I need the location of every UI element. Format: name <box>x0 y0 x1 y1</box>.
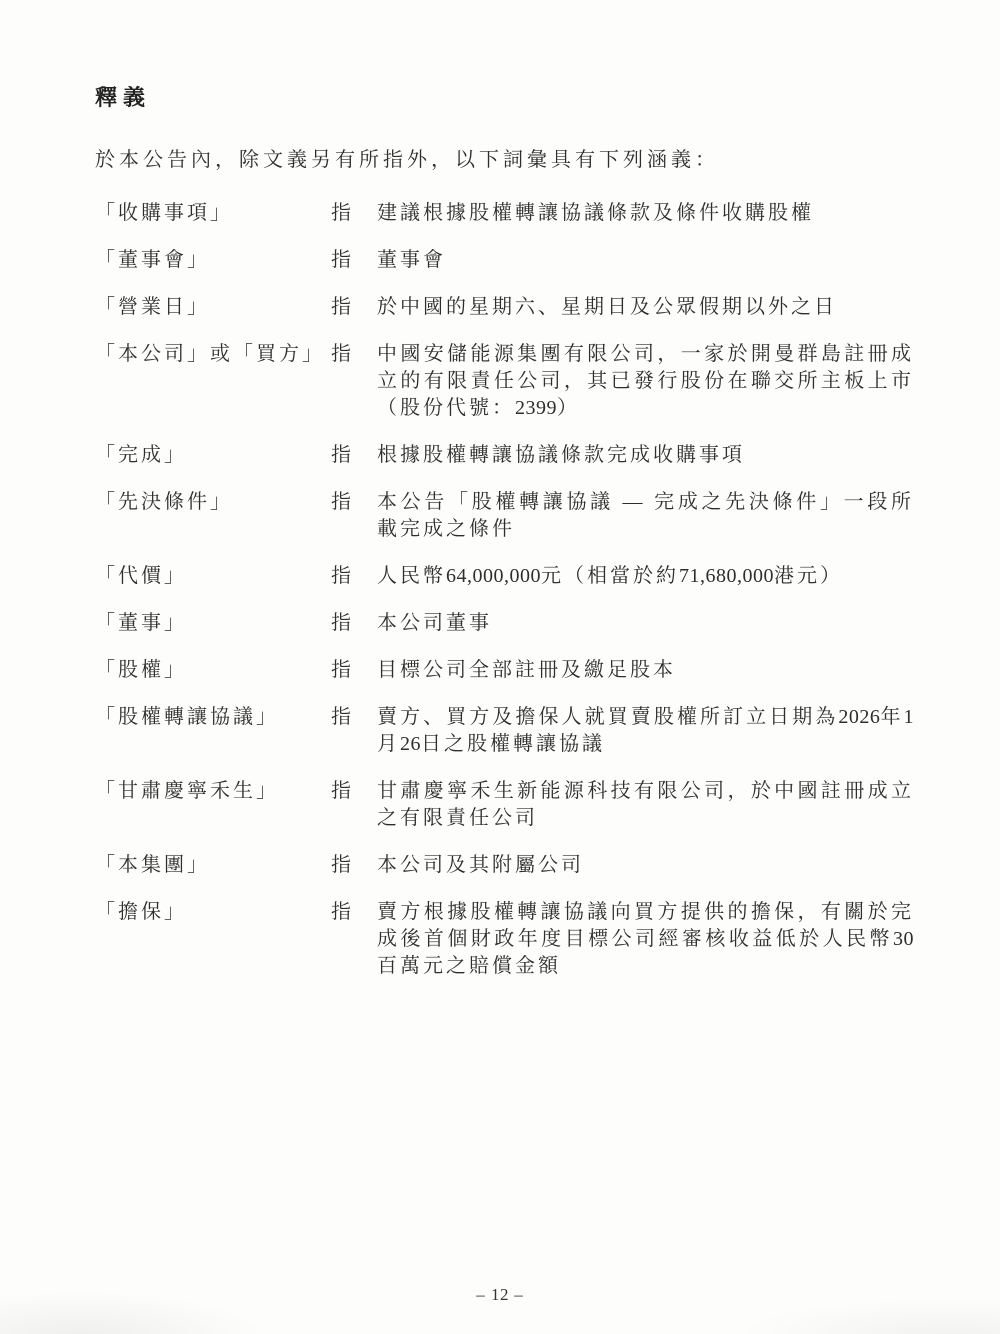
definition-indicator: 指 <box>331 778 377 805</box>
definition-text: 甘肅慶寧禾生新能源科技有限公司，於中國註冊成立之有限責任公司 <box>377 778 914 832</box>
definition-row: 「擔保」 指 賣方根據股權轉讓協議向買方提供的擔保，有關於完成後首個財政年度目標… <box>95 899 914 980</box>
definition-text: 人民幣64,000,000元（相當於約71,680,000港元） <box>377 563 914 590</box>
definition-row: 「代價」 指 人民幣64,000,000元（相當於約71,680,000港元） <box>95 563 914 590</box>
definition-indicator: 指 <box>331 657 377 684</box>
page-number: – 12 – <box>0 1285 1000 1305</box>
definition-row: 「股權」 指 目標公司全部註冊及繳足股本 <box>95 657 914 684</box>
definition-term: 「收購事項」 <box>95 200 331 227</box>
definition-text: 目標公司全部註冊及繳足股本 <box>377 657 914 684</box>
definition-text: 本公告「股權轉讓協議 — 完成之先決條件」一段所載完成之條件 <box>377 489 914 543</box>
definition-indicator: 指 <box>331 341 377 368</box>
definition-term: 「董事」 <box>95 610 331 637</box>
document-page: 釋義 於本公告內，除文義另有所指外，以下詞彙具有下列涵義： 「收購事項」 指 建… <box>0 0 1000 1334</box>
definition-term: 「股權轉讓協議」 <box>95 704 331 731</box>
definition-term: 「本集團」 <box>95 852 331 879</box>
definition-term: 「代價」 <box>95 563 331 590</box>
definition-indicator: 指 <box>331 247 377 274</box>
definition-indicator: 指 <box>331 294 377 321</box>
definition-indicator: 指 <box>331 489 377 516</box>
definition-term: 「營業日」 <box>95 294 331 321</box>
definition-term: 「董事會」 <box>95 247 331 274</box>
definition-text: 中國安儲能源集團有限公司，一家於開曼群島註冊成立的有限責任公司，其已發行股份在聯… <box>377 341 914 422</box>
definition-term: 「先決條件」 <box>95 489 331 516</box>
definition-text: 董事會 <box>377 247 914 274</box>
definition-term: 「擔保」 <box>95 899 331 926</box>
definition-row: 「營業日」 指 於中國的星期六、星期日及公眾假期以外之日 <box>95 294 914 321</box>
definition-term: 「甘肅慶寧禾生」 <box>95 778 331 805</box>
definition-text: 賣方根據股權轉讓協議向買方提供的擔保，有關於完成後首個財政年度目標公司經審核收益… <box>377 899 914 980</box>
definition-indicator: 指 <box>331 442 377 469</box>
definition-row: 「甘肅慶寧禾生」 指 甘肅慶寧禾生新能源科技有限公司，於中國註冊成立之有限責任公… <box>95 778 914 832</box>
definition-row: 「先決條件」 指 本公告「股權轉讓協議 — 完成之先決條件」一段所載完成之條件 <box>95 489 914 543</box>
definition-indicator: 指 <box>331 852 377 879</box>
definitions-list: 「收購事項」 指 建議根據股權轉讓協議條款及條件收購股權 「董事會」 指 董事會… <box>95 200 914 980</box>
definition-text: 本公司董事 <box>377 610 914 637</box>
definition-term: 「完成」 <box>95 442 331 469</box>
page-content: 釋義 於本公告內，除文義另有所指外，以下詞彙具有下列涵義： 「收購事項」 指 建… <box>0 0 1000 980</box>
definition-indicator: 指 <box>331 200 377 227</box>
definition-text: 於中國的星期六、星期日及公眾假期以外之日 <box>377 294 914 321</box>
definition-row: 「完成」 指 根據股權轉讓協議條款完成收購事項 <box>95 442 914 469</box>
definition-text: 根據股權轉讓協議條款完成收購事項 <box>377 442 914 469</box>
definition-row: 「本集團」 指 本公司及其附屬公司 <box>95 852 914 879</box>
definition-row: 「股權轉讓協議」 指 賣方、買方及擔保人就買賣股權所訂立日期為2026年1月26… <box>95 704 914 758</box>
definition-indicator: 指 <box>331 563 377 590</box>
definition-text: 本公司及其附屬公司 <box>377 852 914 879</box>
definition-row: 「董事」 指 本公司董事 <box>95 610 914 637</box>
definition-text: 建議根據股權轉讓協議條款及條件收購股權 <box>377 200 914 227</box>
definition-indicator: 指 <box>331 899 377 926</box>
definition-indicator: 指 <box>331 610 377 637</box>
definition-term: 「本公司」或「買方」 <box>95 341 331 368</box>
definition-row: 「本公司」或「買方」 指 中國安儲能源集團有限公司，一家於開曼群島註冊成立的有限… <box>95 341 914 422</box>
definition-text: 賣方、買方及擔保人就買賣股權所訂立日期為2026年1月26日之股權轉讓協議 <box>377 704 914 758</box>
definition-row: 「收購事項」 指 建議根據股權轉讓協議條款及條件收購股權 <box>95 200 914 227</box>
definition-indicator: 指 <box>331 704 377 731</box>
intro-paragraph: 於本公告內，除文義另有所指外，以下詞彙具有下列涵義： <box>95 147 914 174</box>
page-title: 釋義 <box>95 84 914 111</box>
definition-term: 「股權」 <box>95 657 331 684</box>
definition-row: 「董事會」 指 董事會 <box>95 247 914 274</box>
